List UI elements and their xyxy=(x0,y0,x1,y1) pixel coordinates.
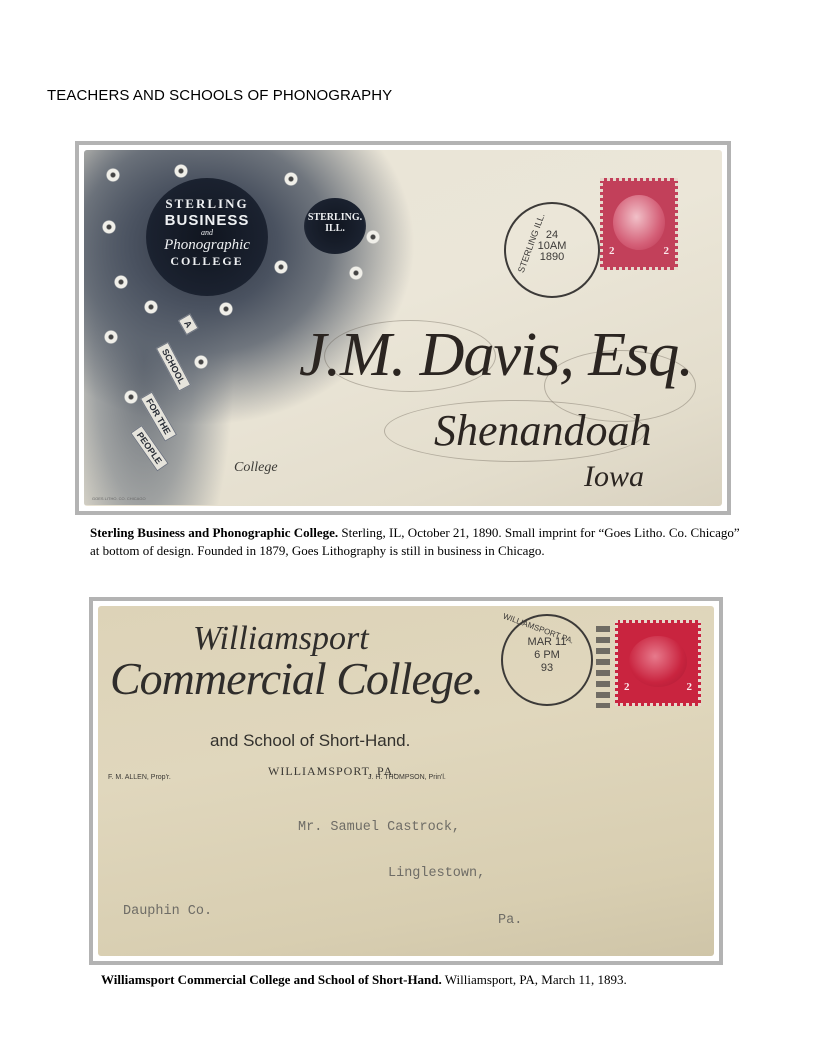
lithographer-imprint: GOES LITHO. CO. CHICAGO xyxy=(92,496,146,501)
address-line: J.M. Davis, Esq. xyxy=(299,320,693,391)
address-line: Shenandoah xyxy=(434,405,652,456)
page-title: TEACHERS AND SCHOOLS OF PHONOGRAPHY xyxy=(47,87,392,104)
flower-icon xyxy=(106,168,120,182)
city-seal: STERLING. ILL. xyxy=(304,198,366,254)
washington-portrait xyxy=(629,636,687,687)
postmark-williamsport: WILLIAMSPORT PA. MAR 11 6 PM 93 xyxy=(501,614,593,706)
corner-card-script-line: Commercial College. xyxy=(110,652,483,705)
flower-icon xyxy=(219,302,233,316)
stamp-denomination: 2 xyxy=(687,681,693,693)
flower-icon xyxy=(144,300,158,314)
caption-text: Williamsport, PA, March 11, 1893. xyxy=(442,972,627,987)
stamp-denomination: 2 xyxy=(609,245,615,257)
flower-icon xyxy=(194,355,208,369)
college-seal: STERLING BUSINESS and Phonographic COLLE… xyxy=(146,178,268,296)
flower-icon xyxy=(124,390,138,404)
address-line: Dauphin Co. xyxy=(123,904,212,919)
envelope-sterling: STERLING BUSINESS and Phonographic COLLE… xyxy=(84,150,722,506)
address-line: Pa. xyxy=(498,913,522,928)
flower-icon xyxy=(366,230,380,244)
seal-line: and xyxy=(146,229,268,237)
postmark-sterling: STERLING ILL. 24 10AM 1890 xyxy=(504,202,600,298)
seal-line: BUSINESS xyxy=(146,212,268,229)
flower-icon xyxy=(349,266,363,280)
envelope-williamsport: Williamsport Commercial College. and Sch… xyxy=(98,606,714,956)
cover-image-frame-williamsport: Williamsport Commercial College. and Sch… xyxy=(89,597,723,965)
address-line: Iowa xyxy=(584,460,644,494)
flower-icon xyxy=(174,164,188,178)
college-script-word: College xyxy=(234,460,278,476)
city-seal-line: STERLING. xyxy=(304,212,366,223)
seal-line: Phonographic xyxy=(146,237,268,254)
caption-title: Williamsport Commercial College and Scho… xyxy=(101,972,442,987)
postmark-line: 6 PM xyxy=(503,649,591,662)
seal-line: COLLEGE xyxy=(146,254,268,269)
stamp-denomination: 2 xyxy=(664,245,670,257)
address-line: Linglestown, xyxy=(388,866,485,881)
city-seal-line: ILL. xyxy=(304,223,366,234)
flower-icon xyxy=(104,330,118,344)
stamp-denomination: 2 xyxy=(624,681,630,693)
corner-card-principal: J. H. THOMPSON, Prin'l. xyxy=(368,774,446,781)
caption-williamsport: Williamsport Commercial College and Scho… xyxy=(101,971,741,989)
ribbon-banner: SCHOOL xyxy=(156,342,191,391)
flower-icon xyxy=(102,220,116,234)
flower-icon xyxy=(274,260,288,274)
washington-portrait xyxy=(613,195,665,250)
caption-title: Sterling Business and Phonographic Colle… xyxy=(90,525,338,540)
corner-card-subtitle: and School of Short-Hand. xyxy=(210,731,410,751)
flower-icon xyxy=(114,275,128,289)
postmark-line: MAR 11 xyxy=(503,636,591,649)
corner-card-proprietor: F. M. ALLEN, Prop'r. xyxy=(108,774,171,781)
postage-stamp-washington-2c: 2 2 xyxy=(615,620,701,706)
cancel-bars xyxy=(596,626,610,708)
postmark-line: 93 xyxy=(503,662,591,675)
ribbon-banner: A xyxy=(178,314,198,335)
caption-sterling: Sterling Business and Phonographic Colle… xyxy=(90,524,740,560)
cover-image-frame-sterling: STERLING BUSINESS and Phonographic COLLE… xyxy=(75,141,731,515)
postage-stamp-washington-2c: 2 2 xyxy=(600,178,678,270)
flower-icon xyxy=(284,172,298,186)
address-line: Mr. Samuel Castrock, xyxy=(298,820,460,835)
seal-line: STERLING xyxy=(146,196,268,212)
